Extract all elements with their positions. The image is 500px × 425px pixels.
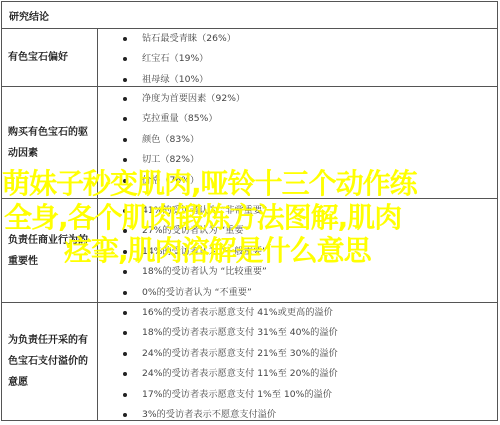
table-row: 有色宝石偏好 钻石最受青睐（26%） 红宝石（19%） 祖母绿（10%） — [2, 28, 497, 86]
row-label: 购买有色宝石的驱动因素 — [8, 122, 93, 164]
bullet-icon — [123, 78, 127, 82]
row-label-cell: 有色宝石偏好 — [2, 29, 98, 86]
overlay-title-line-3: 痉挛,肌肉溶解是什么意思 — [64, 237, 371, 265]
bullet-icon — [123, 158, 127, 162]
bullet-icon — [123, 311, 127, 315]
table-header: 研究结论 — [9, 8, 49, 23]
bullet-icon — [123, 291, 127, 295]
list-item: 钻石最受青睐（26%） — [98, 29, 497, 49]
list-item: 18%的受访者表示愿意支付 31%至 40%的溢价 — [98, 323, 497, 343]
list-item: 净度为首要因素（92%） — [98, 89, 497, 109]
list-item: 颜色（83%） — [98, 130, 497, 150]
list-item: 3%的受访者表示不愿意支付溢价 — [98, 405, 497, 425]
bullet-icon — [123, 393, 127, 397]
overlay-title-line-1: 萌妹子秒变肌肉,哑铃十三个动作练 — [2, 170, 417, 198]
bullet-icon — [123, 97, 127, 101]
bullet-icon — [123, 352, 127, 356]
row-label-cell: 为负责任开采的有色宝石支付溢价的意愿 — [2, 303, 98, 420]
row-label: 有色宝石偏好 — [8, 47, 68, 68]
bullet-icon — [123, 372, 127, 376]
list-item: 克拉重量（85%） — [98, 109, 497, 129]
overlay-title-line-2: 全身,各个肌肉锻炼方法图解,肌肉 — [4, 204, 401, 232]
table-header-row: 研究结论 — [2, 2, 497, 28]
bullet-icon — [123, 117, 127, 121]
bullet-icon — [123, 331, 127, 335]
list-item: 0%的受访者认为 “不重要” — [98, 283, 497, 303]
list-item: 17%的受访者表示愿意支付 1%至 10%的溢价 — [98, 385, 497, 405]
row-items-cell: 钻石最受青睐（26%） 红宝石（19%） 祖母绿（10%） — [98, 29, 497, 86]
bullet-icon — [123, 57, 127, 61]
bullet-icon — [123, 37, 127, 41]
bullet-icon — [123, 138, 127, 142]
table-row: 为负责任开采的有色宝石支付溢价的意愿 16%的受访者表示愿意支付 41%或更高的… — [2, 302, 497, 420]
list-item: 24%的受访者表示愿意支付 11%至 20%的溢价 — [98, 364, 497, 384]
bullet-icon — [123, 270, 127, 274]
bullet-icon — [123, 413, 127, 417]
list-item: 16%的受访者表示愿意支付 41%或更高的溢价 — [98, 303, 497, 323]
row-items-cell: 16%的受访者表示愿意支付 41%或更高的溢价 18%的受访者表示愿意支付 31… — [98, 303, 497, 420]
list-item: 24%的受访者表示愿意支付 21%至 30%的溢价 — [98, 344, 497, 364]
list-item: 红宝石（19%） — [98, 49, 497, 69]
row-label: 为负责任开采的有色宝石支付溢价的意愿 — [8, 330, 93, 393]
